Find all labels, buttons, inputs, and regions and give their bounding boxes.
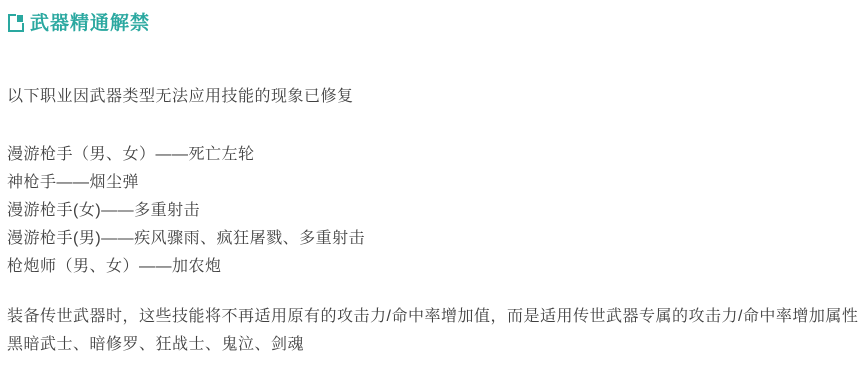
- note-paragraph: 装备传世武器时，这些技能将不再适用原有的攻击力/命中率增加值，而是适用传世武器专…: [7, 303, 852, 331]
- patch-notes-page: 武器精通解禁 以下职业因武器类型无法应用技能的现象已修复 漫游枪手（男、女）——…: [0, 0, 858, 372]
- section-header: 武器精通解禁: [7, 12, 852, 36]
- fix-list: 漫游枪手（男、女）——死亡左轮 神枪手——烟尘弹 漫游枪手(女)——多重射击 漫…: [7, 141, 852, 281]
- fix-list-item: 漫游枪手(男)——疾风骤雨、疯狂屠戮、多重射击: [7, 225, 852, 253]
- fix-list-item: 神枪手——烟尘弹: [7, 169, 852, 197]
- document-page-icon: [8, 14, 24, 32]
- intro-paragraph: 以下职业因武器类型无法应用技能的现象已修复: [7, 83, 852, 111]
- fix-list-item: 漫游枪手(女)——多重射击: [7, 197, 852, 225]
- classes-paragraph: 黑暗武士、暗修罗、狂战士、鬼泣、剑魂: [7, 331, 852, 359]
- page-title: 武器精通解禁: [30, 12, 150, 36]
- fix-list-item: 枪炮师（男、女）——加农炮: [7, 253, 852, 281]
- fix-list-item: 漫游枪手（男、女）——死亡左轮: [7, 141, 852, 169]
